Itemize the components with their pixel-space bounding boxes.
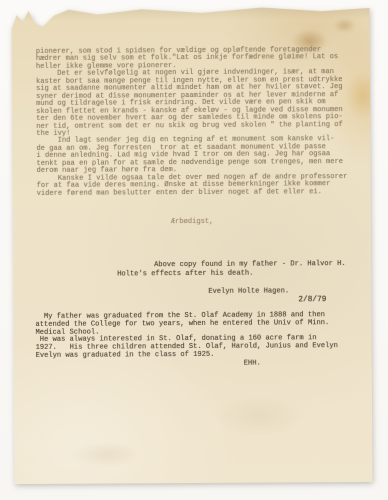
torn-edge-shading [12,5,370,21]
scanned-document-background: pionerer, som stod i spidsen for vældige… [0,0,388,500]
paper-stain [214,395,304,436]
annotation-line-1: Above copy found in my father - Dr. Halv… [154,260,346,269]
letter-closing: Ærbødigst, [171,218,214,226]
letter-body: pionerer, som stod i spidsen for vældige… [36,47,348,198]
annotation-signature: Evelyn Holte Hagen. [208,287,289,295]
annotation-date: 2/8/79 [298,296,326,304]
paper-stain [70,442,140,466]
paper-stain [346,73,378,119]
letter-paper-shadow: pionerer, som stod i spidsen for vældige… [12,5,373,484]
letter-paper: pionerer, som stod i spidsen for vældige… [12,5,373,484]
postscript-initials: EHH. [244,360,261,368]
postscript-body: My father was graduated from the St. Ola… [35,312,338,361]
annotation-line-2: Holte's effects after his death. [117,270,253,279]
paper-stain [334,18,356,33]
